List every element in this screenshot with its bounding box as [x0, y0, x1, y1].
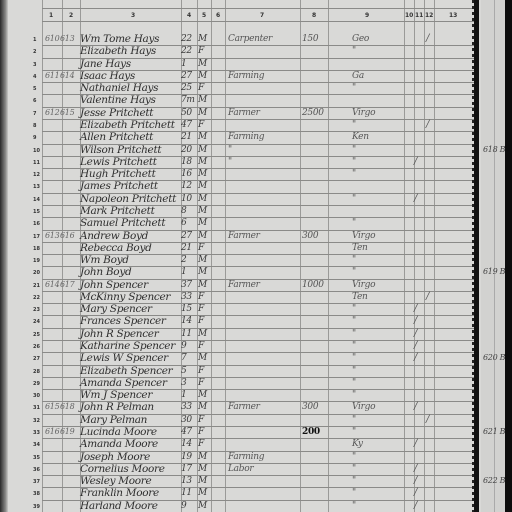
person-name: Joseph Moore [80, 451, 150, 463]
age: 10 [181, 194, 192, 204]
school-check-mark: / [426, 291, 429, 302]
line-number: 38 [33, 491, 40, 497]
school-check-mark: / [414, 303, 417, 314]
column-rule [434, 0, 435, 512]
birthplace: " [352, 329, 356, 339]
sex: F [198, 378, 204, 388]
dwelling-number: 616 [45, 427, 59, 436]
age: 6 [181, 218, 186, 228]
family-number: 617 [60, 280, 74, 289]
sex: F [198, 427, 204, 437]
column-number: 11 [415, 12, 423, 19]
birthplace: " [352, 83, 356, 93]
birthplace: Ken [352, 132, 369, 142]
real-estate-value: 300 [302, 231, 318, 241]
family-number: 614 [60, 71, 74, 80]
real-estate-value: 1000 [302, 280, 324, 290]
school-check-mark: / [414, 463, 417, 474]
column-number: 12 [425, 12, 433, 19]
age: 17 [181, 464, 192, 474]
adjacent-page-dwelling: 619 B [483, 267, 505, 276]
sex: M [198, 390, 207, 400]
family-number: 613 [60, 34, 74, 43]
birthplace: " [352, 169, 356, 179]
sex: M [198, 108, 207, 118]
birthplace: Virgo [352, 280, 375, 290]
line-number: 2 [33, 49, 36, 55]
school-check-mark: / [426, 119, 429, 130]
school-check-mark: / [414, 340, 417, 351]
line-number: 31 [33, 405, 40, 411]
school-check-mark: / [414, 352, 417, 363]
line-number: 34 [33, 442, 40, 448]
age: 8 [181, 206, 186, 216]
person-name: John Boyd [80, 266, 131, 278]
person-name: Franklin Moore [80, 487, 159, 499]
school-check-mark: / [426, 414, 429, 425]
line-number: 3 [33, 62, 36, 68]
age: 16 [181, 169, 192, 179]
occupation: " [228, 145, 232, 155]
birthplace: " [352, 316, 356, 326]
birthplace: " [352, 218, 356, 228]
sex: M [198, 157, 207, 167]
person-name: Amanda Spencer [80, 377, 167, 389]
real-estate-value: 300 [302, 402, 318, 412]
age: 1 [181, 390, 186, 400]
school-check-mark: / [414, 475, 417, 486]
age: 9 [181, 341, 186, 351]
age: 47 [181, 427, 192, 437]
age: 12 [181, 181, 192, 191]
sex: F [198, 292, 204, 302]
person-name: Rebecca Boyd [80, 242, 152, 254]
sex: M [198, 95, 207, 105]
sex: M [198, 206, 207, 216]
line-number: 7 [33, 111, 36, 117]
line-number: 27 [33, 356, 40, 362]
birthplace: Ga [352, 71, 364, 81]
line-number: 23 [33, 307, 40, 313]
occupation: Farming [228, 71, 264, 81]
birthplace: " [352, 452, 356, 462]
line-number: 28 [33, 369, 40, 375]
page-left-edge [0, 0, 8, 512]
real-estate-value: 2500 [302, 108, 324, 118]
age: 2 [181, 255, 186, 265]
person-name: Elizabeth Pritchett [80, 119, 175, 131]
person-name: Nathaniel Hays [80, 82, 158, 94]
birthplace: " [352, 501, 356, 511]
line-number: 35 [33, 455, 40, 461]
sex: M [198, 353, 207, 363]
age: 47 [181, 120, 192, 130]
family-number: 615 [60, 108, 74, 117]
birthplace: " [352, 255, 356, 265]
line-number: 4 [33, 74, 36, 80]
column-rule [211, 0, 212, 512]
age: 33 [181, 292, 192, 302]
age: 5 [181, 366, 186, 376]
line-number: 19 [33, 258, 40, 264]
column-number: 2 [69, 12, 73, 19]
real-estate-value: 150 [302, 34, 318, 44]
age: 22 [181, 46, 192, 56]
person-name: Harland Moore [80, 500, 158, 512]
sex: M [198, 132, 207, 142]
age: 14 [181, 439, 192, 449]
person-name: Wm Boyd [80, 254, 129, 266]
column-number: 7 [260, 12, 264, 19]
school-check-mark: / [414, 315, 417, 326]
sex: M [198, 501, 207, 511]
age: 7m [181, 95, 195, 105]
birthplace: Ky [352, 439, 363, 449]
family-number: 619 [60, 427, 74, 436]
birthplace: " [352, 120, 356, 130]
school-check-mark: / [414, 193, 417, 204]
line-number: 1 [33, 37, 36, 43]
line-number: 25 [33, 332, 40, 338]
sex: M [198, 464, 207, 474]
person-name: Valentine Hays [80, 94, 156, 106]
sex: F [198, 415, 204, 425]
person-name: Lewis Pritchett [80, 156, 157, 168]
page-right-edge [505, 0, 512, 512]
column-rule [424, 0, 425, 512]
birthplace: " [352, 267, 356, 277]
occupation: Farmer [228, 108, 260, 118]
occupation: Farming [228, 132, 264, 142]
line-number: 33 [33, 430, 40, 436]
age: 9 [181, 501, 186, 511]
person-name: Allen Pritchett [80, 131, 153, 143]
sex: F [198, 341, 204, 351]
person-name: John Spencer [80, 279, 148, 291]
line-number: 10 [33, 148, 40, 154]
line-number: 15 [33, 209, 40, 215]
occupation: Farmer [228, 402, 260, 412]
column-number: 6 [216, 12, 220, 19]
sex: M [198, 231, 207, 241]
sex: M [198, 488, 207, 498]
sex: M [198, 181, 207, 191]
column-number: 13 [449, 12, 457, 19]
person-name: Isaac Hays [80, 70, 135, 82]
person-name: Mary Pelman [80, 414, 147, 426]
person-name: Elizabeth Spencer [80, 365, 172, 377]
column-rule [225, 0, 226, 512]
age: 1 [181, 59, 186, 69]
birthplace: " [352, 366, 356, 376]
column-number: 8 [312, 12, 316, 19]
dwelling-number: 613 [45, 231, 59, 240]
person-name: Katharine Spencer [80, 340, 175, 352]
age: 37 [181, 280, 192, 290]
age: 33 [181, 402, 192, 412]
birthplace: " [352, 304, 356, 314]
birthplace: Ten [352, 292, 368, 302]
column-rule [328, 0, 329, 512]
line-number: 30 [33, 393, 40, 399]
school-check-mark: / [414, 401, 417, 412]
school-check-mark: / [414, 438, 417, 449]
adjacent-page-dwelling: 620 B [483, 353, 505, 362]
age: 25 [181, 83, 192, 93]
school-check-mark: / [414, 487, 417, 498]
line-number: 5 [33, 86, 36, 92]
line-number: 21 [33, 283, 40, 289]
age: 27 [181, 71, 192, 81]
line-number: 16 [33, 221, 40, 227]
age: 50 [181, 108, 192, 118]
line-number: 8 [33, 123, 36, 129]
birthplace: Virgo [352, 231, 375, 241]
age: 20 [181, 145, 192, 155]
birthplace: " [352, 341, 356, 351]
school-check-mark: / [414, 500, 417, 511]
sex: F [198, 439, 204, 449]
occupation: Carpenter [228, 34, 272, 44]
line-number: 9 [33, 135, 36, 141]
birthplace: " [352, 415, 356, 425]
age: 13 [181, 476, 192, 486]
sex: M [198, 34, 207, 44]
person-name: Hugh Pritchett [80, 168, 156, 180]
dwelling-number: 614 [45, 280, 59, 289]
birthplace: Virgo [352, 108, 375, 118]
dwelling-number: 612 [45, 108, 59, 117]
column-number: 1 [49, 12, 53, 19]
person-name: Wm Tome Hays [80, 33, 159, 45]
age: 3 [181, 378, 186, 388]
age: 21 [181, 132, 192, 142]
person-name: Elizabeth Hays [80, 45, 156, 57]
real-estate-value: 200 [302, 427, 320, 437]
sex: F [198, 316, 204, 326]
person-name: Mark Pritchett [80, 205, 155, 217]
age: 21 [181, 243, 192, 253]
age: 19 [181, 452, 192, 462]
birthplace: " [352, 427, 356, 437]
line-number: 14 [33, 197, 40, 203]
age: 11 [181, 329, 192, 339]
line-number: 37 [33, 479, 40, 485]
column-number: 10 [405, 12, 413, 19]
dwelling-number: 611 [45, 71, 59, 80]
person-name: Jane Hays [80, 58, 131, 70]
age: 27 [181, 231, 192, 241]
dwelling-number: 610 [45, 34, 59, 43]
dwelling-number: 615 [45, 402, 59, 411]
person-name: Cornelius Moore [80, 463, 165, 475]
birthplace: " [352, 353, 356, 363]
census-page: 1 2 3 4 5 6 7 8 9 10 11 12 13 1 1610613W… [0, 0, 512, 512]
age: 7 [181, 353, 186, 363]
person-name: McKinny Spencer [80, 291, 170, 303]
birthplace: " [352, 378, 356, 388]
column-rule [414, 0, 415, 512]
person-name: Wesley Moore [80, 475, 151, 487]
adjacent-page-dwelling: 622 B [483, 476, 505, 485]
age: 18 [181, 157, 192, 167]
line-number: 11 [33, 160, 40, 166]
column-rule [404, 0, 405, 512]
birthplace: " [352, 390, 356, 400]
sex: F [198, 83, 204, 93]
sex: F [198, 120, 204, 130]
person-name: John R Spencer [80, 328, 158, 340]
person-name: Samuel Pritchett [80, 217, 165, 229]
sex: F [198, 304, 204, 314]
line-number: 6 [33, 98, 36, 104]
column-number: 3 [131, 12, 135, 19]
age: 30 [181, 415, 192, 425]
line-number: 24 [33, 319, 40, 325]
occupation: Farmer [228, 280, 260, 290]
column-number: 9 [365, 12, 369, 19]
sex: M [198, 476, 207, 486]
column-number: 4 [187, 12, 191, 19]
birthplace: " [352, 488, 356, 498]
sex: M [198, 329, 207, 339]
sex: M [198, 71, 207, 81]
age: 14 [181, 316, 192, 326]
person-name: James Pritchett [80, 180, 158, 192]
line-number: 18 [33, 246, 40, 252]
sex: M [198, 218, 207, 228]
person-name: Mary Spencer [80, 303, 152, 315]
birthplace: Virgo [352, 402, 375, 412]
person-name: Wilson Pritchett [80, 144, 161, 156]
school-check-mark: / [414, 156, 417, 167]
page-gutter [474, 0, 479, 512]
sex: M [198, 145, 207, 155]
birthplace: " [352, 145, 356, 155]
birthplace: " [352, 194, 356, 204]
occupation: Farming [228, 452, 264, 462]
school-check-mark: / [414, 328, 417, 339]
occupation: " [228, 157, 232, 167]
person-name: Jesse Pritchett [80, 107, 153, 119]
birthplace: Geo [352, 34, 369, 44]
sex: M [198, 452, 207, 462]
birthplace: " [352, 476, 356, 486]
header-rule [42, 8, 474, 9]
sex: M [198, 59, 207, 69]
sex: F [198, 243, 204, 253]
birthplace: " [352, 464, 356, 474]
column-rule [42, 0, 43, 512]
line-number: 22 [33, 295, 40, 301]
sex: F [198, 46, 204, 56]
header-rule [42, 21, 474, 22]
line-number: 39 [33, 504, 40, 510]
person-name: Wm J Spencer [80, 389, 152, 401]
column-rule [300, 0, 301, 512]
person-name: Andrew Boyd [80, 230, 148, 242]
line-number: 32 [33, 418, 40, 424]
person-name: Frances Spencer [80, 315, 166, 327]
birthplace: " [352, 46, 356, 56]
sex: M [198, 267, 207, 277]
age: 22 [181, 34, 192, 44]
person-name: Amanda Moore [80, 438, 158, 450]
occupation: Labor [228, 464, 253, 474]
line-number: 12 [33, 172, 40, 178]
line-number: 26 [33, 344, 40, 350]
occupation: Farmer [228, 231, 260, 241]
line-number: 36 [33, 467, 40, 473]
birthplace: " [352, 157, 356, 167]
line-number: 29 [33, 381, 40, 387]
adjacent-page-dwelling: 621 B [483, 427, 505, 436]
sex: M [198, 169, 207, 179]
sex: M [198, 402, 207, 412]
age: 1 [181, 267, 186, 277]
birthplace: Ten [352, 243, 368, 253]
family-number: 618 [60, 402, 74, 411]
column-number: 5 [202, 12, 206, 19]
person-name: Lucinda Moore [80, 426, 157, 438]
sex: M [198, 255, 207, 265]
line-number: 20 [33, 270, 40, 276]
age: 11 [181, 488, 192, 498]
age: 15 [181, 304, 192, 314]
sex: M [198, 194, 207, 204]
sex: F [198, 366, 204, 376]
line-number: 13 [33, 184, 40, 190]
line-number: 17 [33, 234, 40, 240]
sex: M [198, 280, 207, 290]
person-name: Napoleon Pritchett [80, 193, 176, 205]
family-number: 616 [60, 231, 74, 240]
adjacent-page-dwelling: 618 B [483, 145, 505, 154]
school-check-mark: / [426, 33, 429, 44]
person-name: Lewis W Spencer [80, 352, 168, 364]
person-name: John R Pelman [80, 401, 154, 413]
